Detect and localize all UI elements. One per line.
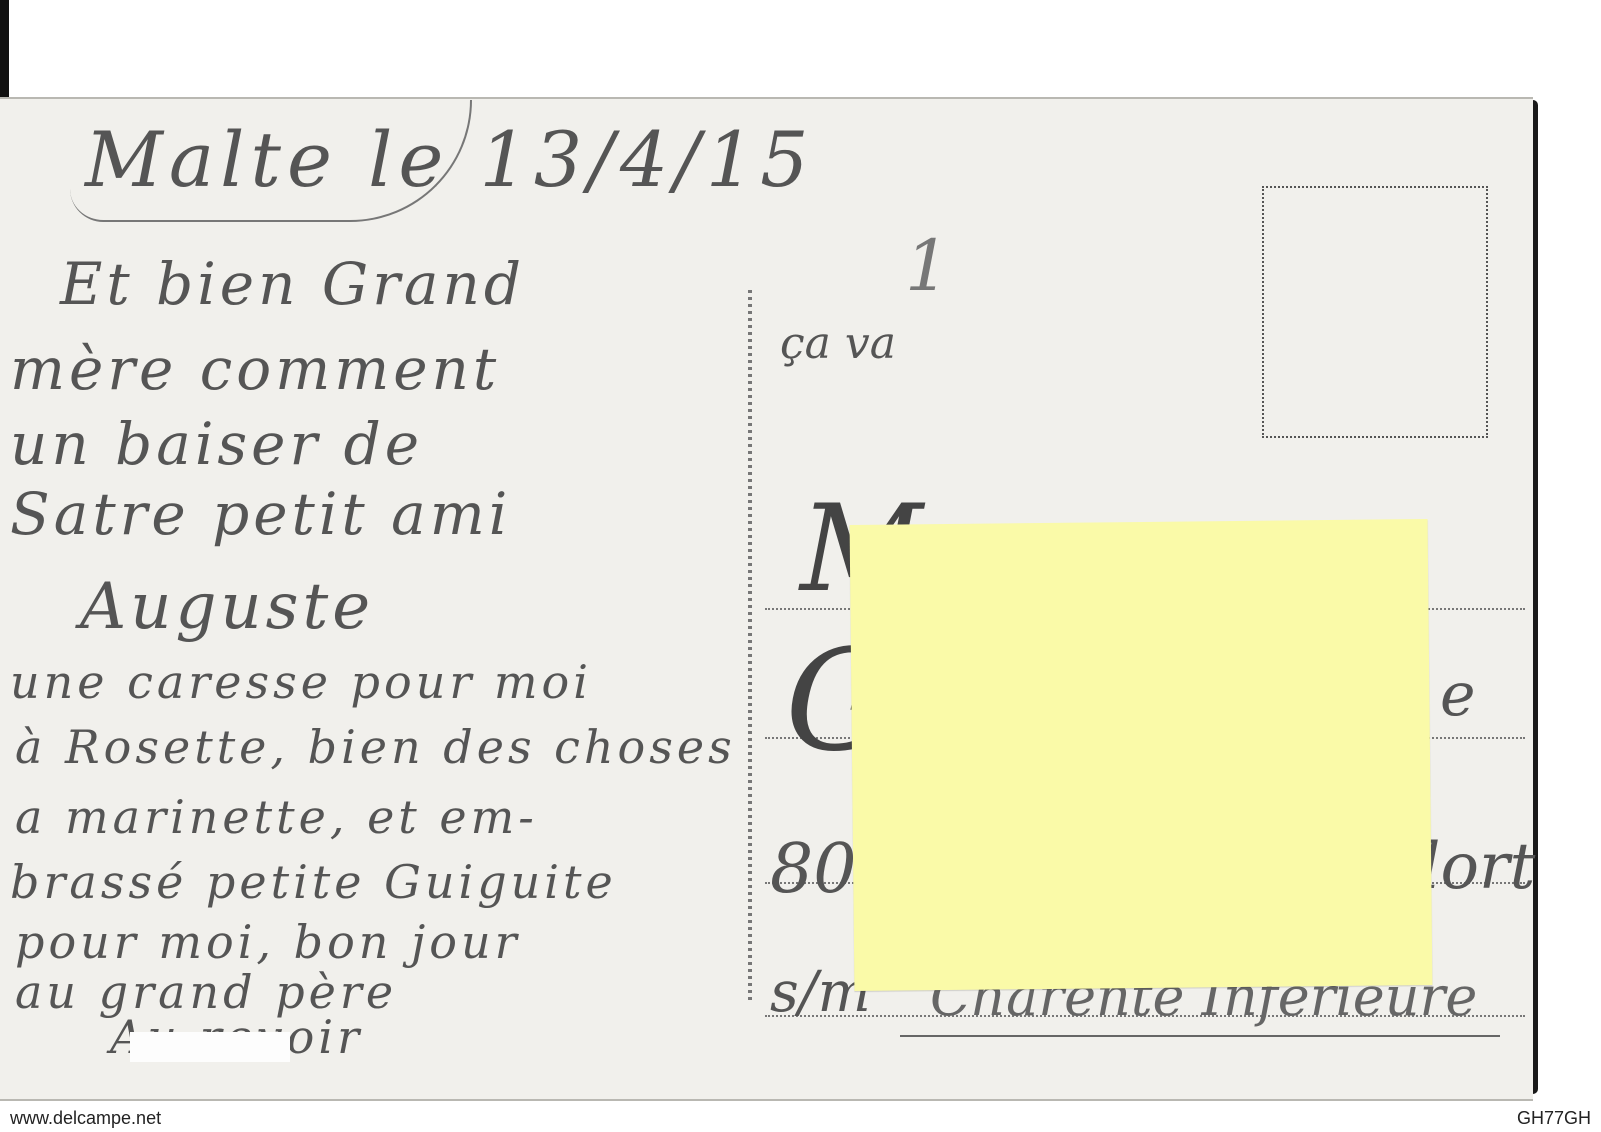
redacted-area [130, 1032, 290, 1062]
message-line: Auguste [80, 570, 374, 644]
address-line3-text: 80 [770, 830, 857, 909]
seller-id: GH77GH [1517, 1108, 1591, 1129]
sticky-note-cover [850, 519, 1433, 991]
message-line: a marinette, et em- [15, 790, 538, 844]
card-divider-line [748, 290, 752, 1000]
scan-edge-strip [0, 0, 9, 100]
message-line: Et bien Grand [60, 250, 525, 318]
message-line: pour moi, bon jour [15, 915, 521, 969]
postcard-edge-shadow [1533, 100, 1538, 1094]
site-watermark: www.delcampe.net [10, 1108, 161, 1129]
annotation-number: 1 [905, 225, 950, 307]
ca-va-text: ça va [780, 318, 896, 369]
message-line: une caresse pour moi [10, 655, 592, 709]
message-line: à Rosette, bien des choses [15, 720, 736, 774]
message-line: brassé petite Guiguite [10, 855, 617, 909]
address-line3-end: lort [1420, 830, 1535, 904]
message-line: Satre petit ami [10, 480, 511, 548]
header-date-line: Malte le 13/4/15 [85, 115, 815, 204]
stamp-placeholder-box [1262, 186, 1488, 438]
address-underline [900, 1035, 1500, 1037]
address-line2-end: e [1440, 660, 1476, 730]
message-line: mère comment [10, 335, 500, 403]
message-line: un baiser de [10, 410, 423, 478]
